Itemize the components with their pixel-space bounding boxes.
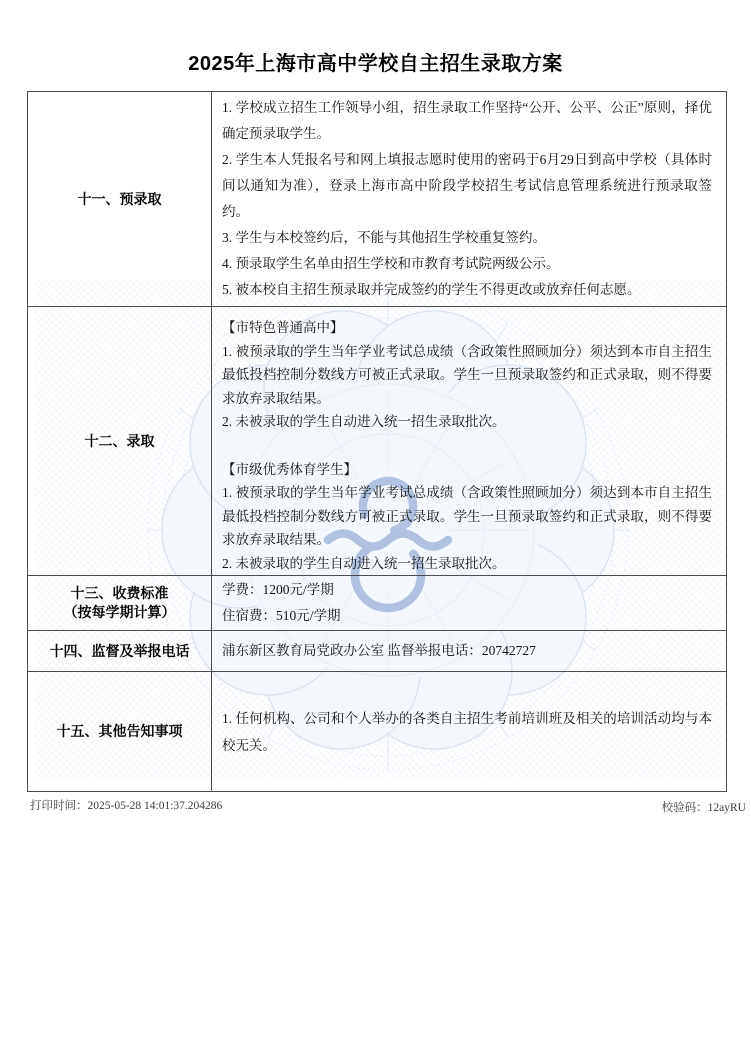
print-time-label: 打印时间： xyxy=(30,800,88,812)
paragraph: 2. 学生本人凭报名号和网上填报志愿时使用的密码于6月29日到高中学校（具体时间… xyxy=(222,147,712,225)
paragraph: 3. 学生与本校签约后，不能与其他招生学校重复签约。 xyxy=(222,225,712,251)
admission-plan-table: 十一、预录取 1. 学校成立招生工作领导小组，招生录取工作坚持“公开、公平、公正… xyxy=(27,91,727,792)
print-time-value: 2025-05-28 14:01:37.204286 xyxy=(88,800,223,812)
paragraph: 5. 被本校自主招生预录取并完成签约的学生不得更改或放弃任何志愿。 xyxy=(222,277,712,303)
paragraph: 2. 未被录取的学生自动进入统一招生录取批次。 xyxy=(222,410,712,434)
checksum-label: 校验码： xyxy=(662,802,708,814)
paragraph: 1. 被预录取的学生当年学业考试总成绩（含政策性照顾加分）须达到本市自主招生最低… xyxy=(222,340,712,411)
row-content-admission: 【市特色普通高中】 1. 被预录取的学生当年学业考试总成绩（含政策性照顾加分）须… xyxy=(212,307,727,576)
section-featured-high-school: 【市特色普通高中】 1. 被预录取的学生当年学业考试总成绩（含政策性照顾加分）须… xyxy=(222,316,712,434)
table-row-other-notices: 十五、其他告知事项 1. 任何机构、公司和个人举办的各类自主招生考前培训班及相关… xyxy=(28,672,727,792)
print-time: 打印时间：2025-05-28 14:01:37.204286 xyxy=(30,797,222,813)
row-label-line2: （按每学期计算） xyxy=(28,603,211,622)
paragraph: 学费：1200元/学期 xyxy=(222,577,712,603)
paragraph: 1. 被预录取的学生当年学业考试总成绩（含政策性照顾加分）须达到本市自主招生最低… xyxy=(222,481,712,552)
table-row-fees: 十三、收费标准 （按每学期计算） 学费：1200元/学期 住宿费：510元/学期 xyxy=(28,576,727,631)
row-label-line1: 十三、收费标准 xyxy=(28,584,211,603)
row-content-pre-admission: 1. 学校成立招生工作领导小组，招生录取工作坚持“公开、公平、公正”原则，择优确… xyxy=(212,92,727,307)
row-content-other-notices: 1. 任何机构、公司和个人举办的各类自主招生考前培训班及相关的培训活动均与本校无… xyxy=(212,672,727,792)
section-outstanding-sports-students: 【市级优秀体育学生】 1. 被预录取的学生当年学业考试总成绩（含政策性照顾加分）… xyxy=(222,458,712,576)
row-label-other-notices: 十五、其他告知事项 xyxy=(28,672,212,792)
paragraph: 住宿费：510元/学期 xyxy=(222,603,712,629)
paragraph: 浦东新区教育局党政办公室 监督举报电话：20742727 xyxy=(222,641,712,661)
checksum-value: 12ayRU xyxy=(708,802,746,814)
document-page: 2025年上海市高中学校自主招生录取方案 十一、预录取 1. 学校成立招生工作领… xyxy=(0,0,751,1063)
section-heading: 【市特色普通高中】 xyxy=(222,316,712,340)
paragraph: 1. 任何机构、公司和个人举办的各类自主招生考前培训班及相关的培训活动均与本校无… xyxy=(222,705,712,759)
checksum: 校验码：12ayRU xyxy=(662,799,746,815)
section-heading: 【市级优秀体育学生】 xyxy=(222,458,712,482)
table-row-pre-admission: 十一、预录取 1. 学校成立招生工作领导小组，招生录取工作坚持“公开、公平、公正… xyxy=(28,92,727,307)
table-row-admission: 十二、录取 【市特色普通高中】 1. 被预录取的学生当年学业考试总成绩（含政策性… xyxy=(28,307,727,576)
row-content-supervision-phone: 浦东新区教育局党政办公室 监督举报电话：20742727 xyxy=(212,631,727,672)
paragraph: 1. 学校成立招生工作领导小组，招生录取工作坚持“公开、公平、公正”原则，择优确… xyxy=(222,95,712,147)
paragraph: 2. 未被录取的学生自动进入统一招生录取批次。 xyxy=(222,552,712,576)
row-content-fees: 学费：1200元/学期 住宿费：510元/学期 xyxy=(212,576,727,631)
row-label-fees: 十三、收费标准 （按每学期计算） xyxy=(28,576,212,631)
document-title: 2025年上海市高中学校自主招生录取方案 xyxy=(0,0,751,76)
table-row-supervision-phone: 十四、监督及举报电话 浦东新区教育局党政办公室 监督举报电话：20742727 xyxy=(28,631,727,672)
row-label-pre-admission: 十一、预录取 xyxy=(28,92,212,307)
row-label-supervision-phone: 十四、监督及举报电话 xyxy=(28,631,212,672)
row-label-admission: 十二、录取 xyxy=(28,307,212,576)
paragraph: 4. 预录取学生名单由招生学校和市教育考试院两级公示。 xyxy=(222,251,712,277)
